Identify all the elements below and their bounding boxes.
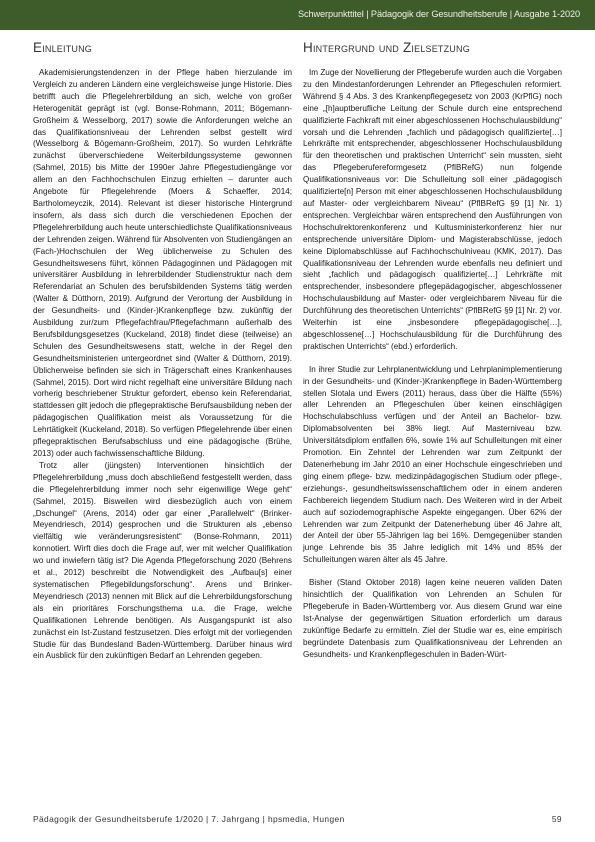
paragraph: Trotz aller (jüngsten) Interventionen hi… [33,460,292,662]
left-column: Einleitung Akademisierungstendenzen in d… [33,40,292,662]
page-number: 59 [552,814,562,824]
running-header-bar: Schwerpunkttitel | Pädagogik der Gesundh… [0,0,595,30]
paragraph: Akademisierungstendenzen in der Pflege h… [33,67,292,460]
section-heading-einleitung: Einleitung [33,40,292,56]
footer-journal-info: Pädagogik der Gesundheitsberufe 1/2020 |… [33,814,345,824]
running-header-title: Schwerpunkttitel | Pädagogik der Gesundh… [298,9,580,19]
paragraph: Im Zuge der Novellierung der Pflegeberuf… [303,67,562,353]
paragraph: Bisher (Stand Oktober 2018) lagen keine … [303,577,562,660]
right-column: Hintergrund und Zielsetzung Im Zuge der … [303,40,562,661]
paragraph: In ihrer Studie zur Lehrplanentwicklung … [303,364,562,566]
section-heading-hintergrund: Hintergrund und Zielsetzung [303,40,562,56]
